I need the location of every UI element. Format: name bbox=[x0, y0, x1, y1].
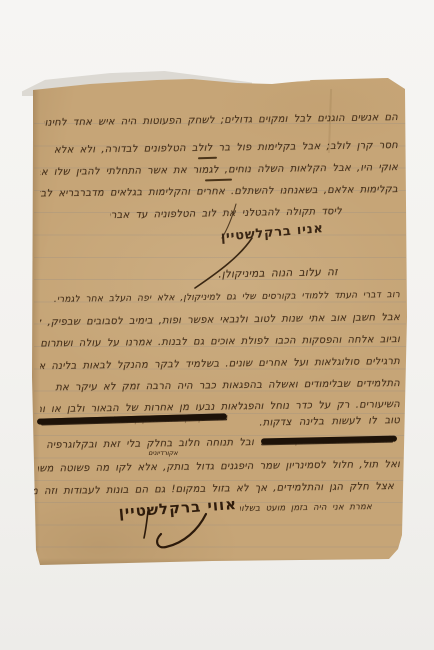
letter-heading: זה עלוב הנוה במיניקולן. bbox=[212, 266, 338, 282]
letter-final-line: אמרת אני היה בזמן מועט בשלות. bbox=[240, 501, 372, 516]
letter-line: בקלימות אלאם, בשאנחנו להשתלם. אחרים והקל… bbox=[40, 183, 398, 200]
ink-underline bbox=[205, 179, 232, 181]
letter-line: הם אנשים הוגנים לבל ומקוים גדולים; לשחק … bbox=[44, 111, 398, 130]
letter-line: אוקי היו, אבל הקלאות השלה נוחים, לגמור א… bbox=[40, 161, 398, 179]
letter-line: התלמידים שבלימודים ואשלה בהפגאות כבר היה… bbox=[40, 377, 400, 394]
letter-line: טוב לו לעשות בלינה צדקות. bbox=[232, 414, 400, 430]
letter-line: רוב דברי העתד ללמודי בקורסים שלי גם למינ… bbox=[40, 289, 400, 307]
letter-line: ליסד תקולה להבטלני את לוב הטלפוניה עד אב… bbox=[110, 205, 342, 222]
letter-line: חסר קרן לולב; אבל בקלימות פול בר לולב הט… bbox=[54, 139, 398, 157]
signature-top: אניו ברקלשטיין bbox=[211, 221, 325, 245]
letter-line: אבל חשבן אוב אתי שנות לטוב ולנבאי אפשר ו… bbox=[40, 311, 400, 329]
letter-line: תרגילים סולוגלאות ועל אחרים שונים. בשלמי… bbox=[40, 355, 400, 373]
signature-bottom: אווי ברקלשטיין bbox=[126, 495, 239, 520]
photograph-background: הם אנשים הוגנים לבל ומקוים גדולים; לשחק … bbox=[0, 0, 434, 650]
letter-line: אצל חלק הגן והתלמידים, אך לא בזול במקום!… bbox=[34, 480, 394, 498]
handwriting-layer: הם אנשים הוגנים לבל ומקוים גדולים; לשחק … bbox=[0, 0, 434, 650]
ink-underline bbox=[198, 157, 217, 159]
inserted-word: אקורדיונים bbox=[142, 449, 184, 457]
letter-line: ואל תול, חלול לסמינריון שמר היפגנים גדול… bbox=[38, 458, 400, 475]
letter-line: וביוב אלחה והפסקות הכבו לפולת אוכים גם ל… bbox=[40, 333, 400, 350]
